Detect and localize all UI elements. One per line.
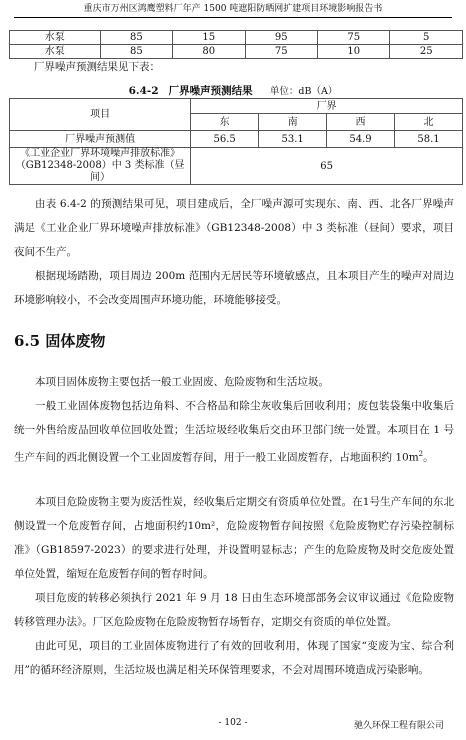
header-west: 西 [327,114,395,131]
document-header: 重庆市万州区鸿鹰塑料厂年产 1500 吨遮阳防晒网扩建项目环境影响报告书 [14,2,452,18]
table-row: 厂界噪声预测值 56.5 53.1 54.9 58.1 [10,131,463,148]
table-cell: 水泵 [10,31,101,45]
paragraph: 根据现场踏勘，项目周边 200m 范围内无居民等环境敏感点，且本项目产生的噪声对… [14,264,454,312]
table-cell: 25 [390,45,463,59]
table-caption: 6.4-2 厂界噪声预测结果 单位：dB（A） [0,83,466,98]
table-cell: 95 [245,31,317,45]
boundary-noise-table: 项目 厂界 东 南 西 北 厂界噪声预测值 56.5 53.1 54.9 58.… [9,98,463,185]
header-south: 南 [259,114,327,131]
table-row: 水泵 85 15 95 75 5 [10,31,463,45]
header-north: 北 [395,114,463,131]
table-cell: 58.1 [395,131,463,148]
table-unit: 单位：dB（A） [270,86,337,97]
table-cell: 15 [173,31,245,45]
table-cell: 85 [100,45,172,59]
paragraph: 本项目固体废物主要包括一般工业固废、危险废物和生活垃圾。 [14,370,454,394]
table-cell: 75 [318,31,390,45]
noise-source-table: 水泵 85 15 95 75 5 水泵 85 80 75 10 25 [9,30,463,59]
table-cell: 56.5 [191,131,259,148]
paragraph: 由此可见，项目的工业固体废物进行了有效的回收利用，体现了国家“变废为宝、综合利用… [14,634,454,682]
table-number: 6.4-2 [129,85,159,97]
header-item: 项目 [10,99,191,131]
table-cell: 85 [100,31,172,45]
company-name: 驰久环保工程有限公司 [354,718,444,731]
table-cell: 80 [173,45,245,59]
table-cell: 53.1 [259,131,327,148]
table-row: 《工业企业厂界环境噪声排放标准》 （GB12348-2008）中 3 类标准（昼… [10,148,463,185]
table-cell: 水泵 [10,45,101,59]
paragraph: 由表 6.4-2 的预测结果可见，项目建成后，全厂噪声源可实现东、南、西、北各厂… [14,192,454,264]
standard-label-line2: （GB12348-2008）中 3 类标准（昼间） [16,160,185,183]
table-cell: 54.9 [327,131,395,148]
paragraph: 本项目危险废物主要为废活性炭，经收集后定期交有资质单位处置。在1号生产车间的东北… [14,490,454,586]
row-label: 《工业企业厂界环境噪声排放标准》 （GB12348-2008）中 3 类标准（昼… [10,148,191,185]
header-boundary: 厂界 [191,99,463,114]
table-cell: 5 [390,31,463,45]
paragraph: 项目危废的转移必须执行 2021 年 9 月 18 日由生态环境部部务会议审议通… [14,586,454,634]
table-title: 厂界噪声预测结果 [169,85,253,97]
table-cell: 75 [245,45,317,59]
table-row: 水泵 85 80 75 10 25 [10,45,463,59]
paragraph: 一般工业固体废物包括边角料、不合格品和除尘灰收集后回收利用；废包装袋集中收集后统… [14,394,454,470]
intro-text: 厂界噪声预测结果见下表： [34,59,160,74]
row-label: 厂界噪声预测值 [10,131,191,148]
table-cell: 10 [318,45,390,59]
table-cell: 65 [191,148,463,185]
table-header-row: 项目 厂界 [10,99,463,114]
standard-label-line1: 《工业企业厂界环境噪声排放标准》 [20,148,180,159]
section-title: 6.5 固体废物 [14,330,105,351]
header-east: 东 [191,114,259,131]
